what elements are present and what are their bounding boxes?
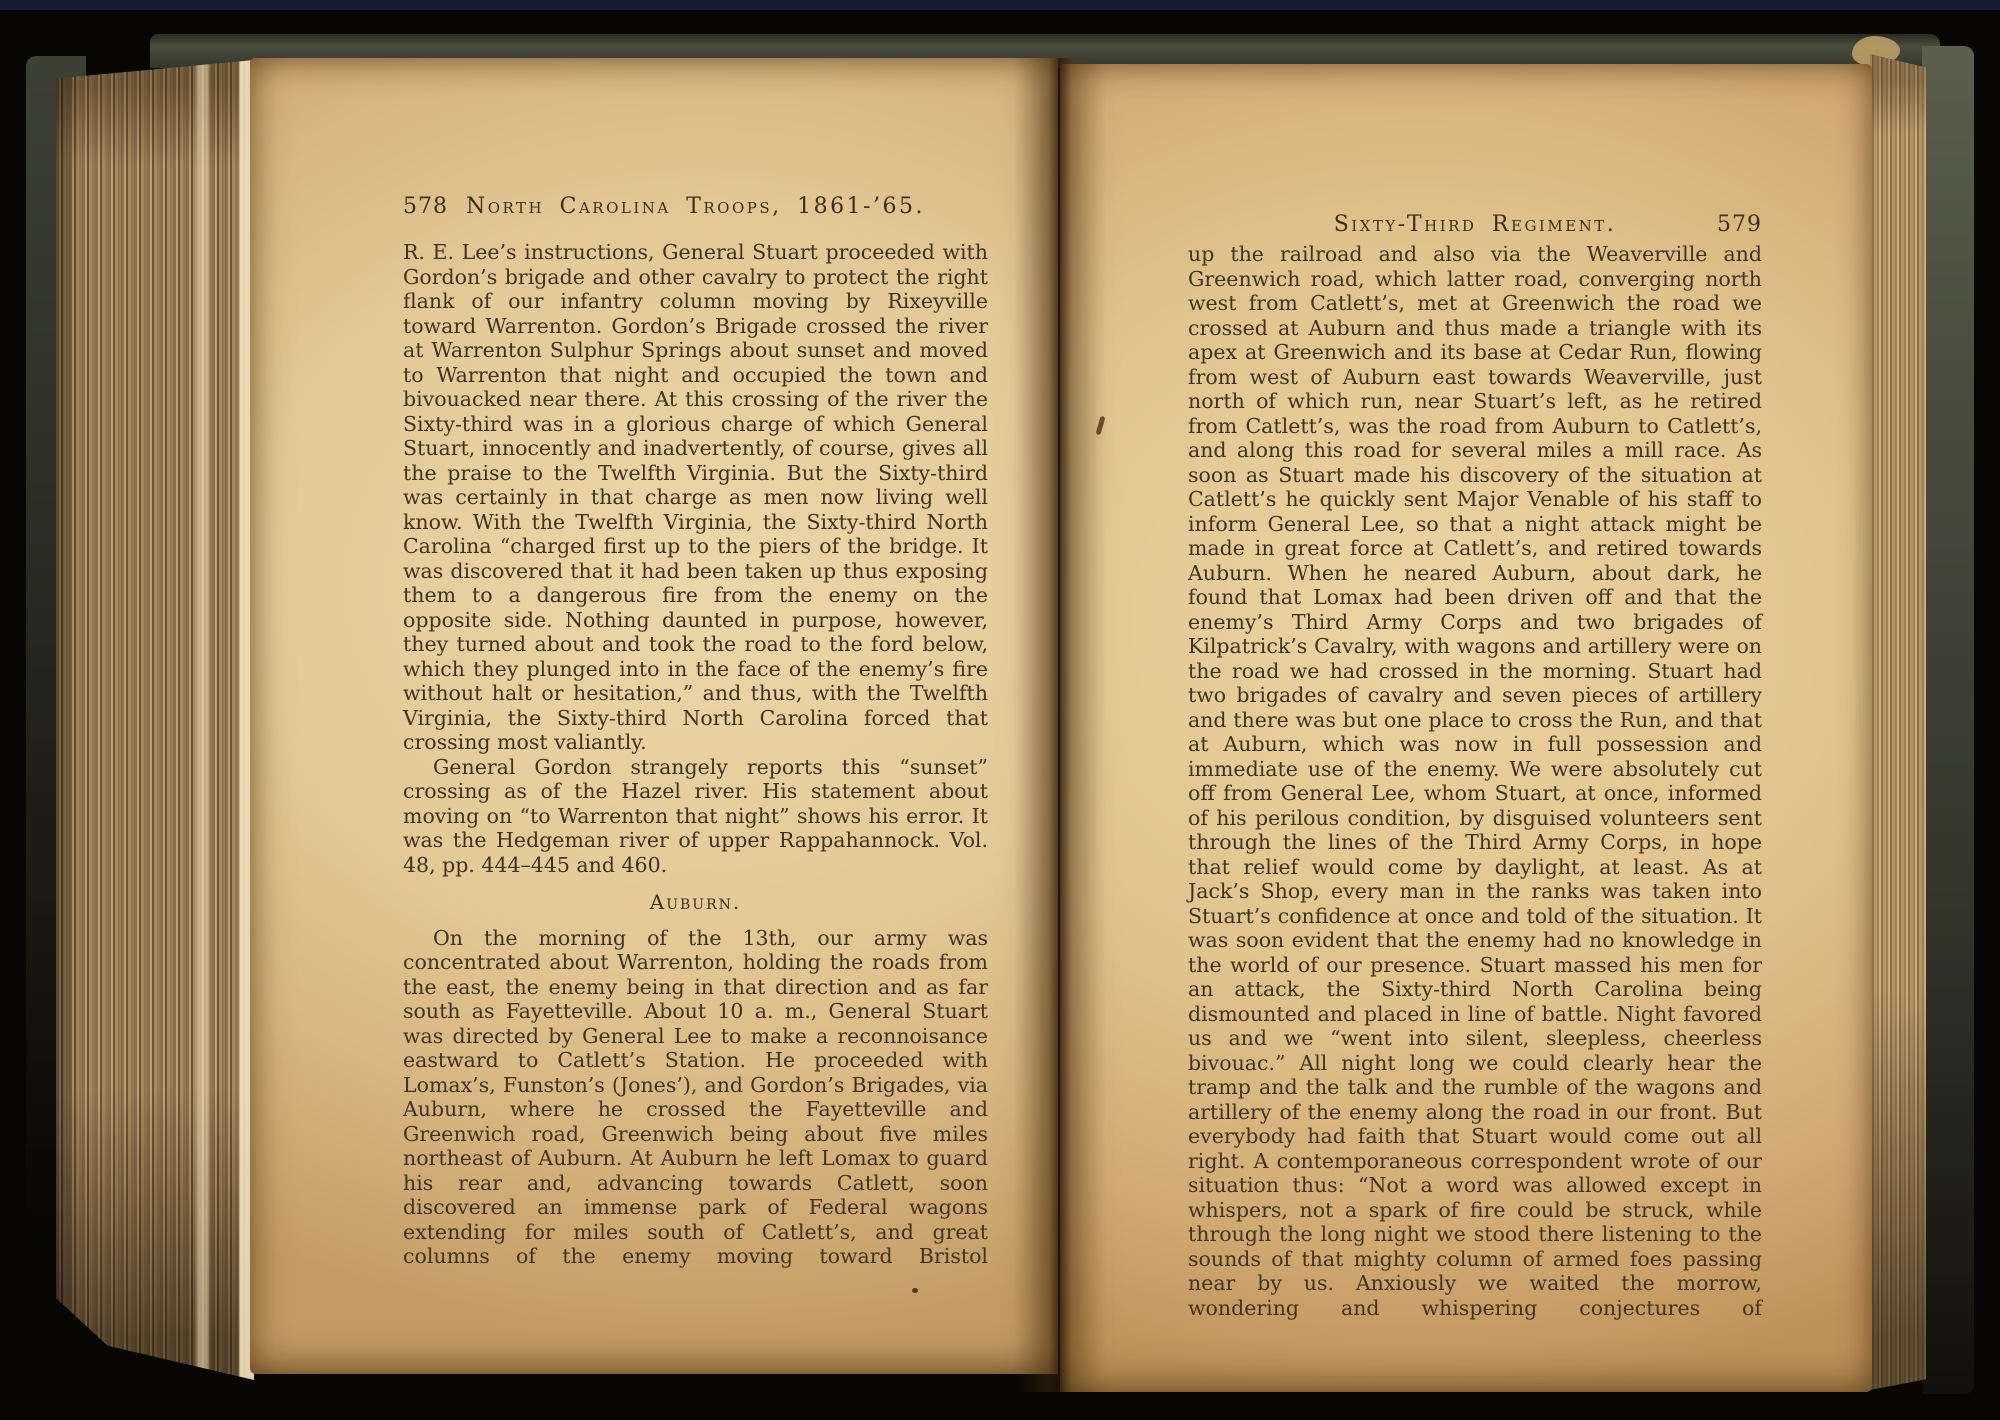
- open-book-scan: 578 North Carolina Troops, 1861-’65. R. …: [0, 0, 2000, 1420]
- body-paragraph: R. E. Lee’s instructions, General Stuart…: [403, 240, 988, 755]
- left-page-body: R. E. Lee’s instructions, General Stuart…: [403, 240, 988, 1269]
- left-running-title: North Carolina Troops, 1861-’65.: [403, 194, 988, 219]
- paper-speck: [912, 1288, 918, 1293]
- right-running-title: Sixty-Third Regiment.: [1188, 212, 1762, 237]
- left-page-header: 578 North Carolina Troops, 1861-’65.: [403, 194, 988, 226]
- right-page-body: up the railroad and also via the Weaverv…: [1188, 242, 1762, 1320]
- left-page: 578 North Carolina Troops, 1861-’65. R. …: [250, 58, 1058, 1374]
- right-page-number: 579: [1717, 212, 1762, 237]
- body-paragraph: General Gordon strangely reports this “s…: [403, 755, 988, 878]
- book-cover-right-edge: [1922, 46, 1974, 1394]
- left-page-number: 578: [403, 194, 448, 219]
- right-page: Sixty-Third Regiment. 579 up the railroa…: [1060, 64, 1872, 1392]
- left-page-stack-edges: [56, 60, 254, 1380]
- scan-top-edge: [0, 0, 2000, 10]
- right-fore-edge-pages: [1870, 54, 1926, 1390]
- right-page-header: Sixty-Third Regiment. 579: [1188, 212, 1762, 244]
- section-heading-auburn: Auburn.: [403, 890, 988, 915]
- ink-mark: [1095, 416, 1105, 436]
- body-paragraph: On the morning of the 13th, our army was…: [403, 926, 988, 1269]
- body-paragraph: up the railroad and also via the Weaverv…: [1188, 242, 1762, 1320]
